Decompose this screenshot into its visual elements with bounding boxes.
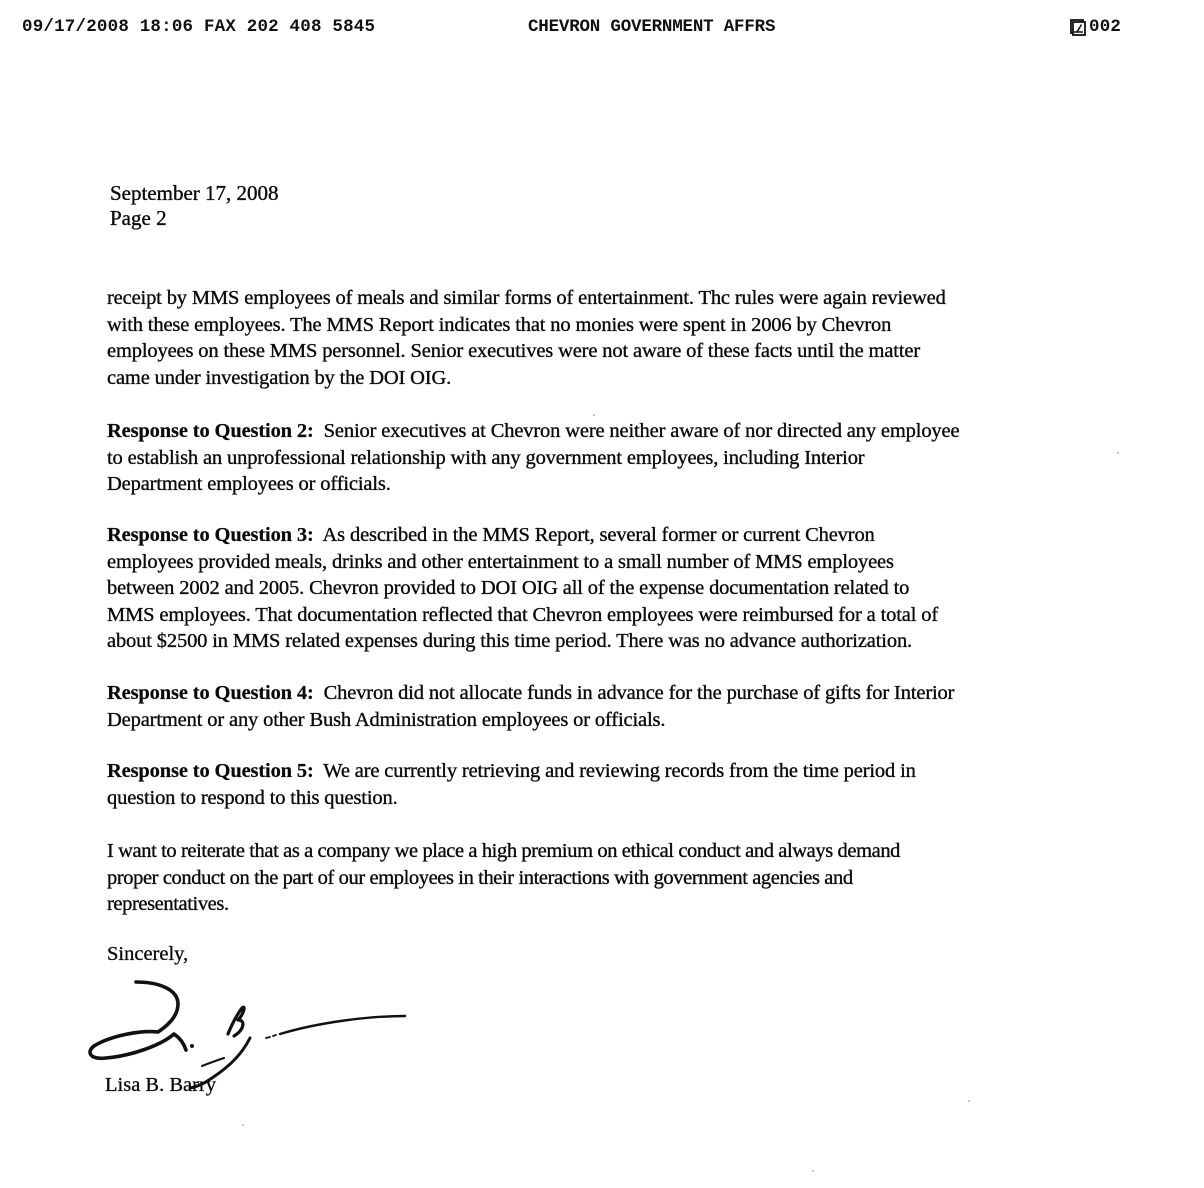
text-line: MMS employees. That documentation reflec…: [107, 602, 1107, 629]
letter-date: September 17, 2008: [110, 181, 279, 206]
fax-label: FAX: [204, 17, 236, 37]
scan-artifact: [812, 1170, 814, 1172]
response-heading: Response to Question 2:: [107, 420, 314, 442]
text-span: Senior executives at Chevron were neithe…: [314, 420, 960, 442]
text-line: with these employees. The MMS Report ind…: [107, 312, 1107, 339]
text-line: representatives.: [107, 891, 1107, 918]
paragraph-response-question-3: Response to Question 3: As described in …: [107, 522, 1107, 655]
text-line: to establish an unprofessional relations…: [107, 445, 1107, 472]
signer-name: Lisa B. Barry: [105, 1072, 216, 1098]
fax-timestamp: 09/17/2008 18:06: [22, 17, 193, 37]
text-span: As described in the MMS Report, several …: [314, 524, 875, 546]
scan-artifact: [242, 1124, 244, 1126]
text-line: receipt by MMS employees of meals and si…: [107, 285, 1107, 312]
response-heading: Response to Question 5:: [107, 760, 314, 782]
response-heading: Response to Question 3:: [107, 524, 314, 546]
fax-header-left: 09/17/2008 18:06 FAX 202 408 5845: [22, 17, 375, 37]
text-line: proper conduct on the part of our employ…: [107, 865, 1107, 892]
text-span: Chevron did not allocate funds in advanc…: [314, 682, 955, 704]
text-line: came under investigation by the DOI OIG.: [107, 365, 1107, 392]
response-heading: Response to Question 4:: [107, 682, 314, 704]
text-line: question to respond to this question.: [107, 785, 1107, 812]
text-line: Response to Question 5: We are currently…: [107, 758, 1107, 785]
fax-page-number: 002: [1089, 17, 1121, 37]
scan-artifact: [1117, 452, 1119, 454]
paragraph-continuation: receipt by MMS employees of meals and si…: [107, 285, 1107, 391]
letter-closing: Sincerely,: [107, 941, 188, 967]
fax-sender: CHEVRON GOVERNMENT AFFRS: [528, 17, 775, 37]
text-line: employees provided meals, drinks and oth…: [107, 549, 1107, 576]
fax-page-indicator: 002: [1070, 17, 1121, 37]
text-line: Response to Question 2: Senior executive…: [107, 418, 1107, 445]
text-span: We are currently retrieving and reviewin…: [314, 760, 916, 782]
paragraph-response-question-5: Response to Question 5: We are currently…: [107, 758, 1107, 811]
letter-page-number: Page 2: [110, 206, 279, 231]
text-line: I want to reiterate that as a company we…: [107, 838, 1107, 865]
fax-page-icon: [1070, 19, 1086, 36]
scan-artifact: [593, 414, 595, 416]
text-line: Department or any other Bush Administrat…: [107, 707, 1107, 734]
text-line: Response to Question 4: Chevron did not …: [107, 680, 1107, 707]
text-line: Department employees or officials.: [107, 471, 1107, 498]
paragraph-response-question-4: Response to Question 4: Chevron did not …: [107, 680, 1107, 733]
text-line: Response to Question 3: As described in …: [107, 522, 1107, 549]
fax-header: 09/17/2008 18:06 FAX 202 408 5845 CHEVRO…: [0, 17, 1204, 41]
scan-artifact: [968, 1100, 970, 1102]
paragraph-response-question-2: Response to Question 2: Senior executive…: [107, 418, 1107, 498]
text-line: employees on these MMS personnel. Senior…: [107, 338, 1107, 365]
fax-number: 202 408 5845: [247, 17, 375, 37]
letter-dateline: September 17, 2008 Page 2: [110, 181, 279, 231]
text-line: between 2002 and 2005. Chevron provided …: [107, 575, 1107, 602]
text-line: about $2500 in MMS related expenses duri…: [107, 628, 1107, 655]
paragraph-closing-statement: I want to reiterate that as a company we…: [107, 838, 1107, 918]
